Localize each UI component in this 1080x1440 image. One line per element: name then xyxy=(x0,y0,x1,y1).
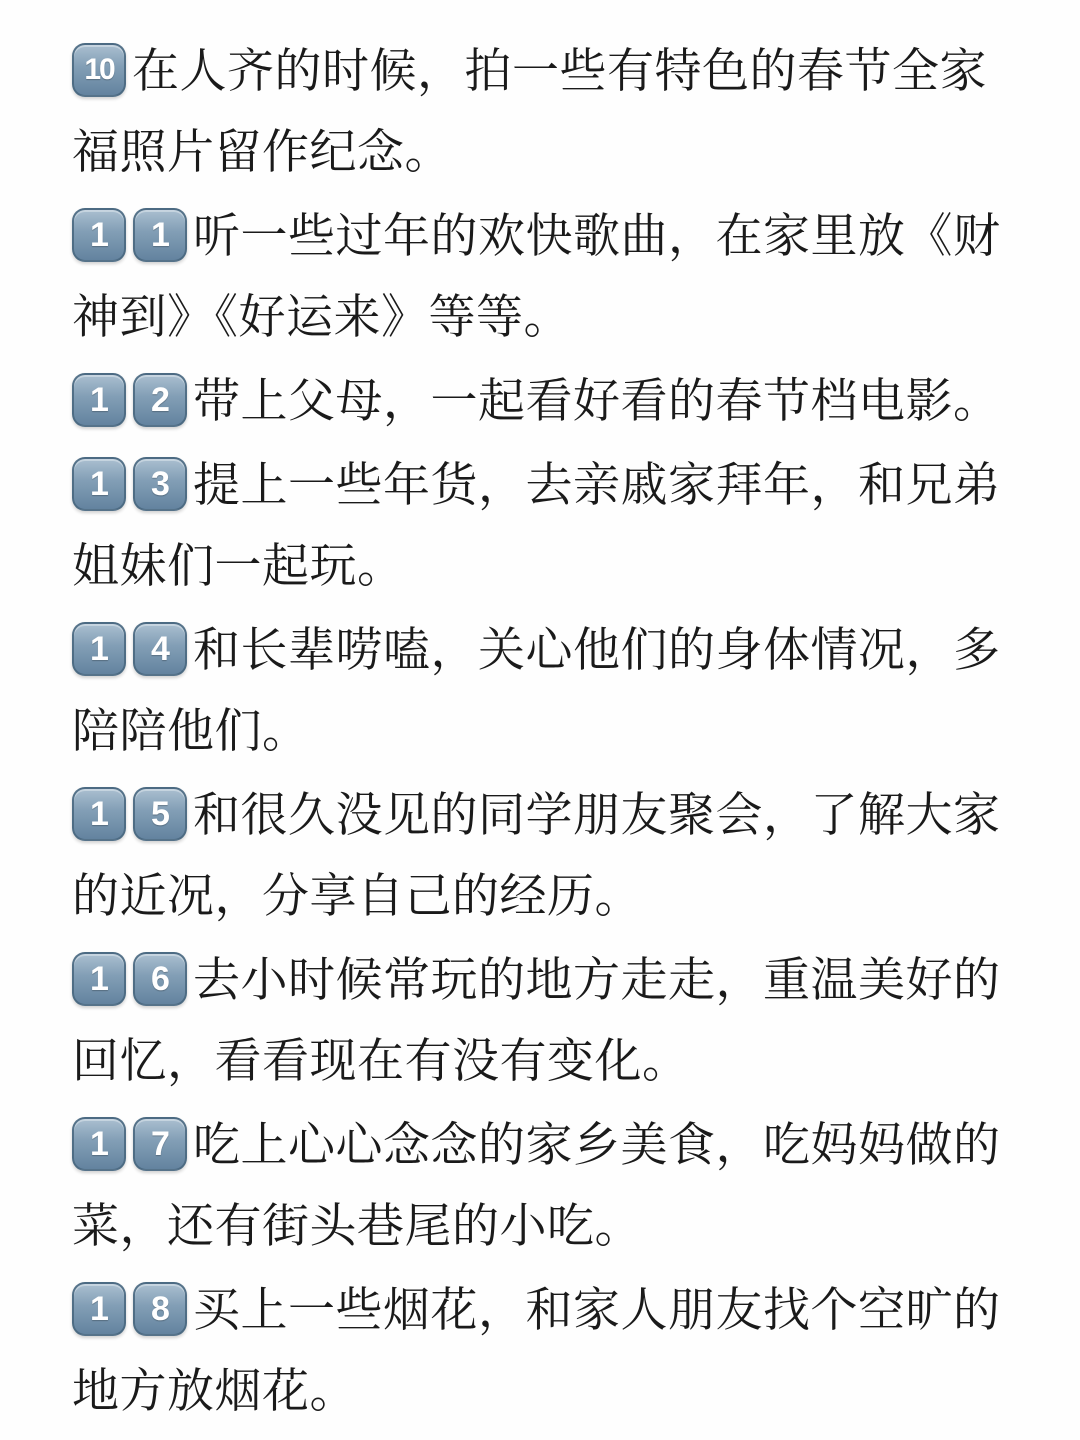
keycap-badges: 11 xyxy=(72,209,193,262)
keycap-6-icon: 6 xyxy=(133,952,187,1006)
keycap-digit: 1 xyxy=(90,218,108,252)
list-item: 10在人齐的时候，拍一些有特色的春节全家福照片留作纪念。 xyxy=(72,30,1024,192)
item-text: 提上一些年货，去亲戚家拜年，和兄弟姐妹们一起玩。 xyxy=(72,458,1001,592)
item-text: 去小时候常玩的地方走走，重温美好的回忆，看看现在有没有变化。 xyxy=(72,953,1001,1087)
keycap-1-icon: 1 xyxy=(72,373,126,427)
item-text: 吃上心心念念的家乡美食，吃妈妈做的菜，还有街头巷尾的小吃。 xyxy=(72,1118,1001,1252)
keycap-7-icon: 7 xyxy=(133,1117,187,1171)
keycap-digit: 2 xyxy=(151,383,169,417)
keycap-8-icon: 8 xyxy=(133,1282,187,1336)
keycap-digit: 1 xyxy=(90,632,108,666)
keycap-badges: 14 xyxy=(72,623,193,676)
list-item: 14和长辈唠嗑，关心他们的身体情况，多陪陪他们。 xyxy=(72,609,1024,771)
keycap-badges: 13 xyxy=(72,458,193,511)
keycap-digit: 5 xyxy=(151,797,169,831)
keycap-digit: 6 xyxy=(151,962,169,996)
item-text: 买上一些烟花，和家人朋友找个空旷的地方放烟花。 xyxy=(72,1283,1001,1417)
keycap-1-icon: 1 xyxy=(72,1117,126,1171)
keycap-1-icon: 1 xyxy=(72,208,126,262)
keycap-2-icon: 2 xyxy=(133,373,187,427)
keycap-digit: 1 xyxy=(151,218,169,252)
text-line: 在人齐的时候，拍一些有特色的春节全家 xyxy=(132,44,987,97)
keycap-digit: 4 xyxy=(151,632,169,666)
text-line: 和长辈唠嗑，关心他们的身体情况，多 xyxy=(193,623,1001,676)
text-line: 福照片留作纪念。 xyxy=(72,125,452,178)
keycap-1-icon: 1 xyxy=(72,622,126,676)
keycap-digit: 1 xyxy=(90,383,108,417)
keycap-badges: 17 xyxy=(72,1118,193,1171)
text-line: 的近况，分享自己的经历。 xyxy=(72,869,642,922)
text-line: 提上一些年货，去亲戚家拜年，和兄弟 xyxy=(193,458,1001,511)
keycap-badges: 18 xyxy=(72,1283,193,1336)
list-item: 17吃上心心念念的家乡美食，吃妈妈做的菜，还有街头巷尾的小吃。 xyxy=(72,1104,1024,1266)
keycap-1-icon: 1 xyxy=(72,1282,126,1336)
keycap-digit: 10 xyxy=(84,55,113,85)
text-line: 买上一些烟花，和家人朋友找个空旷的 xyxy=(193,1283,1001,1336)
list-item: 16去小时候常玩的地方走走，重温美好的回忆，看看现在有没有变化。 xyxy=(72,939,1024,1101)
checklist: 10在人齐的时候，拍一些有特色的春节全家福照片留作纪念。 11听一些过年的欢快歌… xyxy=(0,0,1080,1431)
text-line: 地方放烟花。 xyxy=(72,1364,357,1417)
text-line: 陪陪他们。 xyxy=(72,704,310,757)
keycap-badges: 16 xyxy=(72,953,193,1006)
keycap-1-icon: 1 xyxy=(72,457,126,511)
keycap-badges: 10 xyxy=(72,44,132,97)
text-line: 和很久没见的同学朋友聚会，了解大家 xyxy=(193,788,1001,841)
text-line: 带上父母，一起看好看的春节档电影。 xyxy=(193,374,1001,427)
keycap-digit: 1 xyxy=(90,1292,108,1326)
text-line: 回忆，看看现在有没有变化。 xyxy=(72,1034,690,1087)
item-text: 听一些过年的欢快歌曲，在家里放《财神到》《好运来》等等。 xyxy=(72,209,1001,343)
text-line: 菜，还有街头巷尾的小吃。 xyxy=(72,1199,642,1252)
keycap-digit: 1 xyxy=(90,962,108,996)
keycap-digit: 8 xyxy=(151,1292,169,1326)
spring-festival-checklist-page: 10在人齐的时候，拍一些有特色的春节全家福照片留作纪念。 11听一些过年的欢快歌… xyxy=(0,0,1080,1440)
keycap-5-icon: 5 xyxy=(133,787,187,841)
keycap-digit: 3 xyxy=(151,467,169,501)
item-text: 和长辈唠嗑，关心他们的身体情况，多陪陪他们。 xyxy=(72,623,1001,757)
text-line: 姐妹们一起玩。 xyxy=(72,539,405,592)
keycap-badges: 15 xyxy=(72,788,193,841)
keycap-1-icon: 1 xyxy=(133,208,187,262)
item-text: 和很久没见的同学朋友聚会，了解大家的近况，分享自己的经历。 xyxy=(72,788,1001,922)
text-line: 吃上心心念念的家乡美食，吃妈妈做的 xyxy=(193,1118,1001,1171)
keycap-3-icon: 3 xyxy=(133,457,187,511)
list-item: 13提上一些年货，去亲戚家拜年，和兄弟姐妹们一起玩。 xyxy=(72,444,1024,606)
keycap-1-icon: 1 xyxy=(72,787,126,841)
text-line: 去小时候常玩的地方走走，重温美好的 xyxy=(193,953,1001,1006)
keycap-digit: 1 xyxy=(90,467,108,501)
list-item: 12带上父母，一起看好看的春节档电影。 xyxy=(72,360,1024,441)
keycap-digit: 1 xyxy=(90,797,108,831)
list-item: 18买上一些烟花，和家人朋友找个空旷的地方放烟花。 xyxy=(72,1269,1024,1431)
keycap-badges: 12 xyxy=(72,374,193,427)
list-item: 15和很久没见的同学朋友聚会，了解大家的近况，分享自己的经历。 xyxy=(72,774,1024,936)
text-line: 听一些过年的欢快歌曲，在家里放《财 xyxy=(193,209,1001,262)
keycap-1-icon: 1 xyxy=(72,952,126,1006)
keycap-digit: 7 xyxy=(151,1127,169,1161)
keycap-10-icon: 10 xyxy=(72,43,126,97)
list-item: 11听一些过年的欢快歌曲，在家里放《财神到》《好运来》等等。 xyxy=(72,195,1024,357)
text-line: 神到》《好运来》等等。 xyxy=(72,290,571,343)
item-text: 带上父母，一起看好看的春节档电影。 xyxy=(193,374,1001,427)
keycap-digit: 1 xyxy=(90,1127,108,1161)
keycap-4-icon: 4 xyxy=(133,622,187,676)
item-text: 在人齐的时候，拍一些有特色的春节全家福照片留作纪念。 xyxy=(72,44,987,178)
